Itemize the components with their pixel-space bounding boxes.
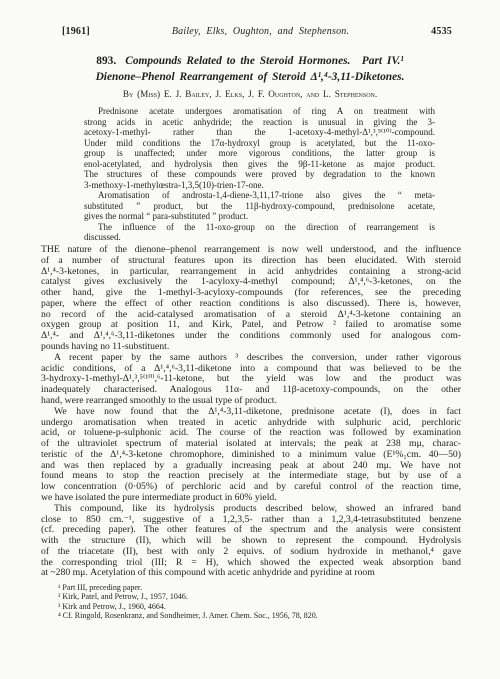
article-body: THE nature of the dienone–phenol rearran…	[41, 245, 461, 579]
abstract-paragraph: Aromatisation of androsta-1,4-diene-3,11…	[84, 190, 435, 222]
abstract: Prednisone acetate undergoes aromatisati…	[84, 106, 435, 243]
body-paragraph: This compound, like its hydrolysis produ…	[41, 504, 461, 579]
text-line: 3-methoxy-1-methylœstra-1,3,5(10)-trien-…	[84, 180, 435, 191]
body-paragraph: THE nature of the dienone–phenol rearran…	[41, 245, 461, 353]
body-paragraph: A recent paper by the same authors ³ des…	[41, 353, 461, 407]
text-line: discussed.	[84, 232, 435, 243]
article-title-text: Compounds Related to the Steroid Hormone…	[125, 55, 404, 67]
text-line: group is unaffected; under more vigorous…	[84, 148, 435, 159]
text-line: substituted ” product, but the 11β-hydro…	[84, 201, 435, 212]
article-title-line1: 893.Compounds Related to the Steroid Hor…	[40, 53, 460, 69]
article-title-block: 893.Compounds Related to the Steroid Hor…	[40, 53, 460, 99]
body-paragraph: We have now found that the Δ¹,⁴-3,11-dik…	[41, 407, 461, 504]
article-number: 893.	[96, 55, 116, 67]
article-title-line2: Dienone–Phenol Rearrangement of Steroid …	[40, 69, 460, 85]
text-line: at ~280 mμ. Acetylation of this compound…	[41, 568, 461, 579]
footnote-list: ¹ Part III, preceding paper.² Kirk, Pate…	[58, 583, 462, 620]
text-line: teristic of the Δ¹,⁴-3-ketone chromophor…	[41, 450, 461, 461]
abstract-paragraph: The influence of the 11-oxo-group on the…	[84, 222, 435, 243]
text-line: enol-acetylated, and hydrolysis then giv…	[84, 159, 435, 170]
text-line: ¹ Part III, preceding paper.	[58, 583, 462, 592]
text-line: The influence of the 11-oxo-group on the…	[84, 222, 435, 233]
text-line: Prednisone acetate undergoes aromatisati…	[84, 106, 435, 117]
text-line: A recent paper by the same authors ³ des…	[41, 353, 461, 364]
page-number: 4535	[431, 26, 452, 37]
byline: By (Miss) E. J. Bailey, J. Elks, J. F. O…	[40, 89, 460, 99]
text-line: Aromatisation of androsta-1,4-diene-3,11…	[84, 190, 435, 201]
text-line: acetoxy-1-methyl- rather than the 1-acet…	[84, 127, 435, 138]
text-line: strong acids in acetic anhydride; the re…	[84, 117, 435, 128]
text-line: ⁴ Cf. Ringold, Rosenkranz, and Sondheime…	[58, 611, 462, 620]
running-title: Bailey, Elks, Oughton, and Stephenson.	[172, 26, 349, 37]
abstract-paragraph: Prednisone acetate undergoes aromatisati…	[84, 106, 435, 190]
journal-page: [1961] Bailey, Elks, Oughton, and Stephe…	[0, 0, 500, 679]
text-line: ³ Kirk and Petrow, J., 1960, 4664.	[58, 602, 462, 611]
text-line: This compound, like its hydrolysis produ…	[41, 504, 461, 515]
text-line: Under mild conditions the 17α-hydroxyl g…	[84, 138, 435, 149]
issue-year: [1961]	[62, 26, 90, 37]
page-header: [1961] Bailey, Elks, Oughton, and Stephe…	[62, 26, 452, 37]
text-line: The structures of these compounds were p…	[84, 169, 435, 180]
text-line: gives the normal “ para-substituted ” pr…	[84, 211, 435, 222]
footnotes: ¹ Part III, preceding paper.² Kirk, Pate…	[58, 583, 462, 620]
text-line: We have now found that the Δ¹,⁴-3,11-dik…	[41, 407, 461, 418]
text-line: of a number of structural features upon …	[41, 256, 461, 267]
text-line: ² Kirk, Patel, and Petrow, J., 1957, 104…	[58, 592, 462, 601]
